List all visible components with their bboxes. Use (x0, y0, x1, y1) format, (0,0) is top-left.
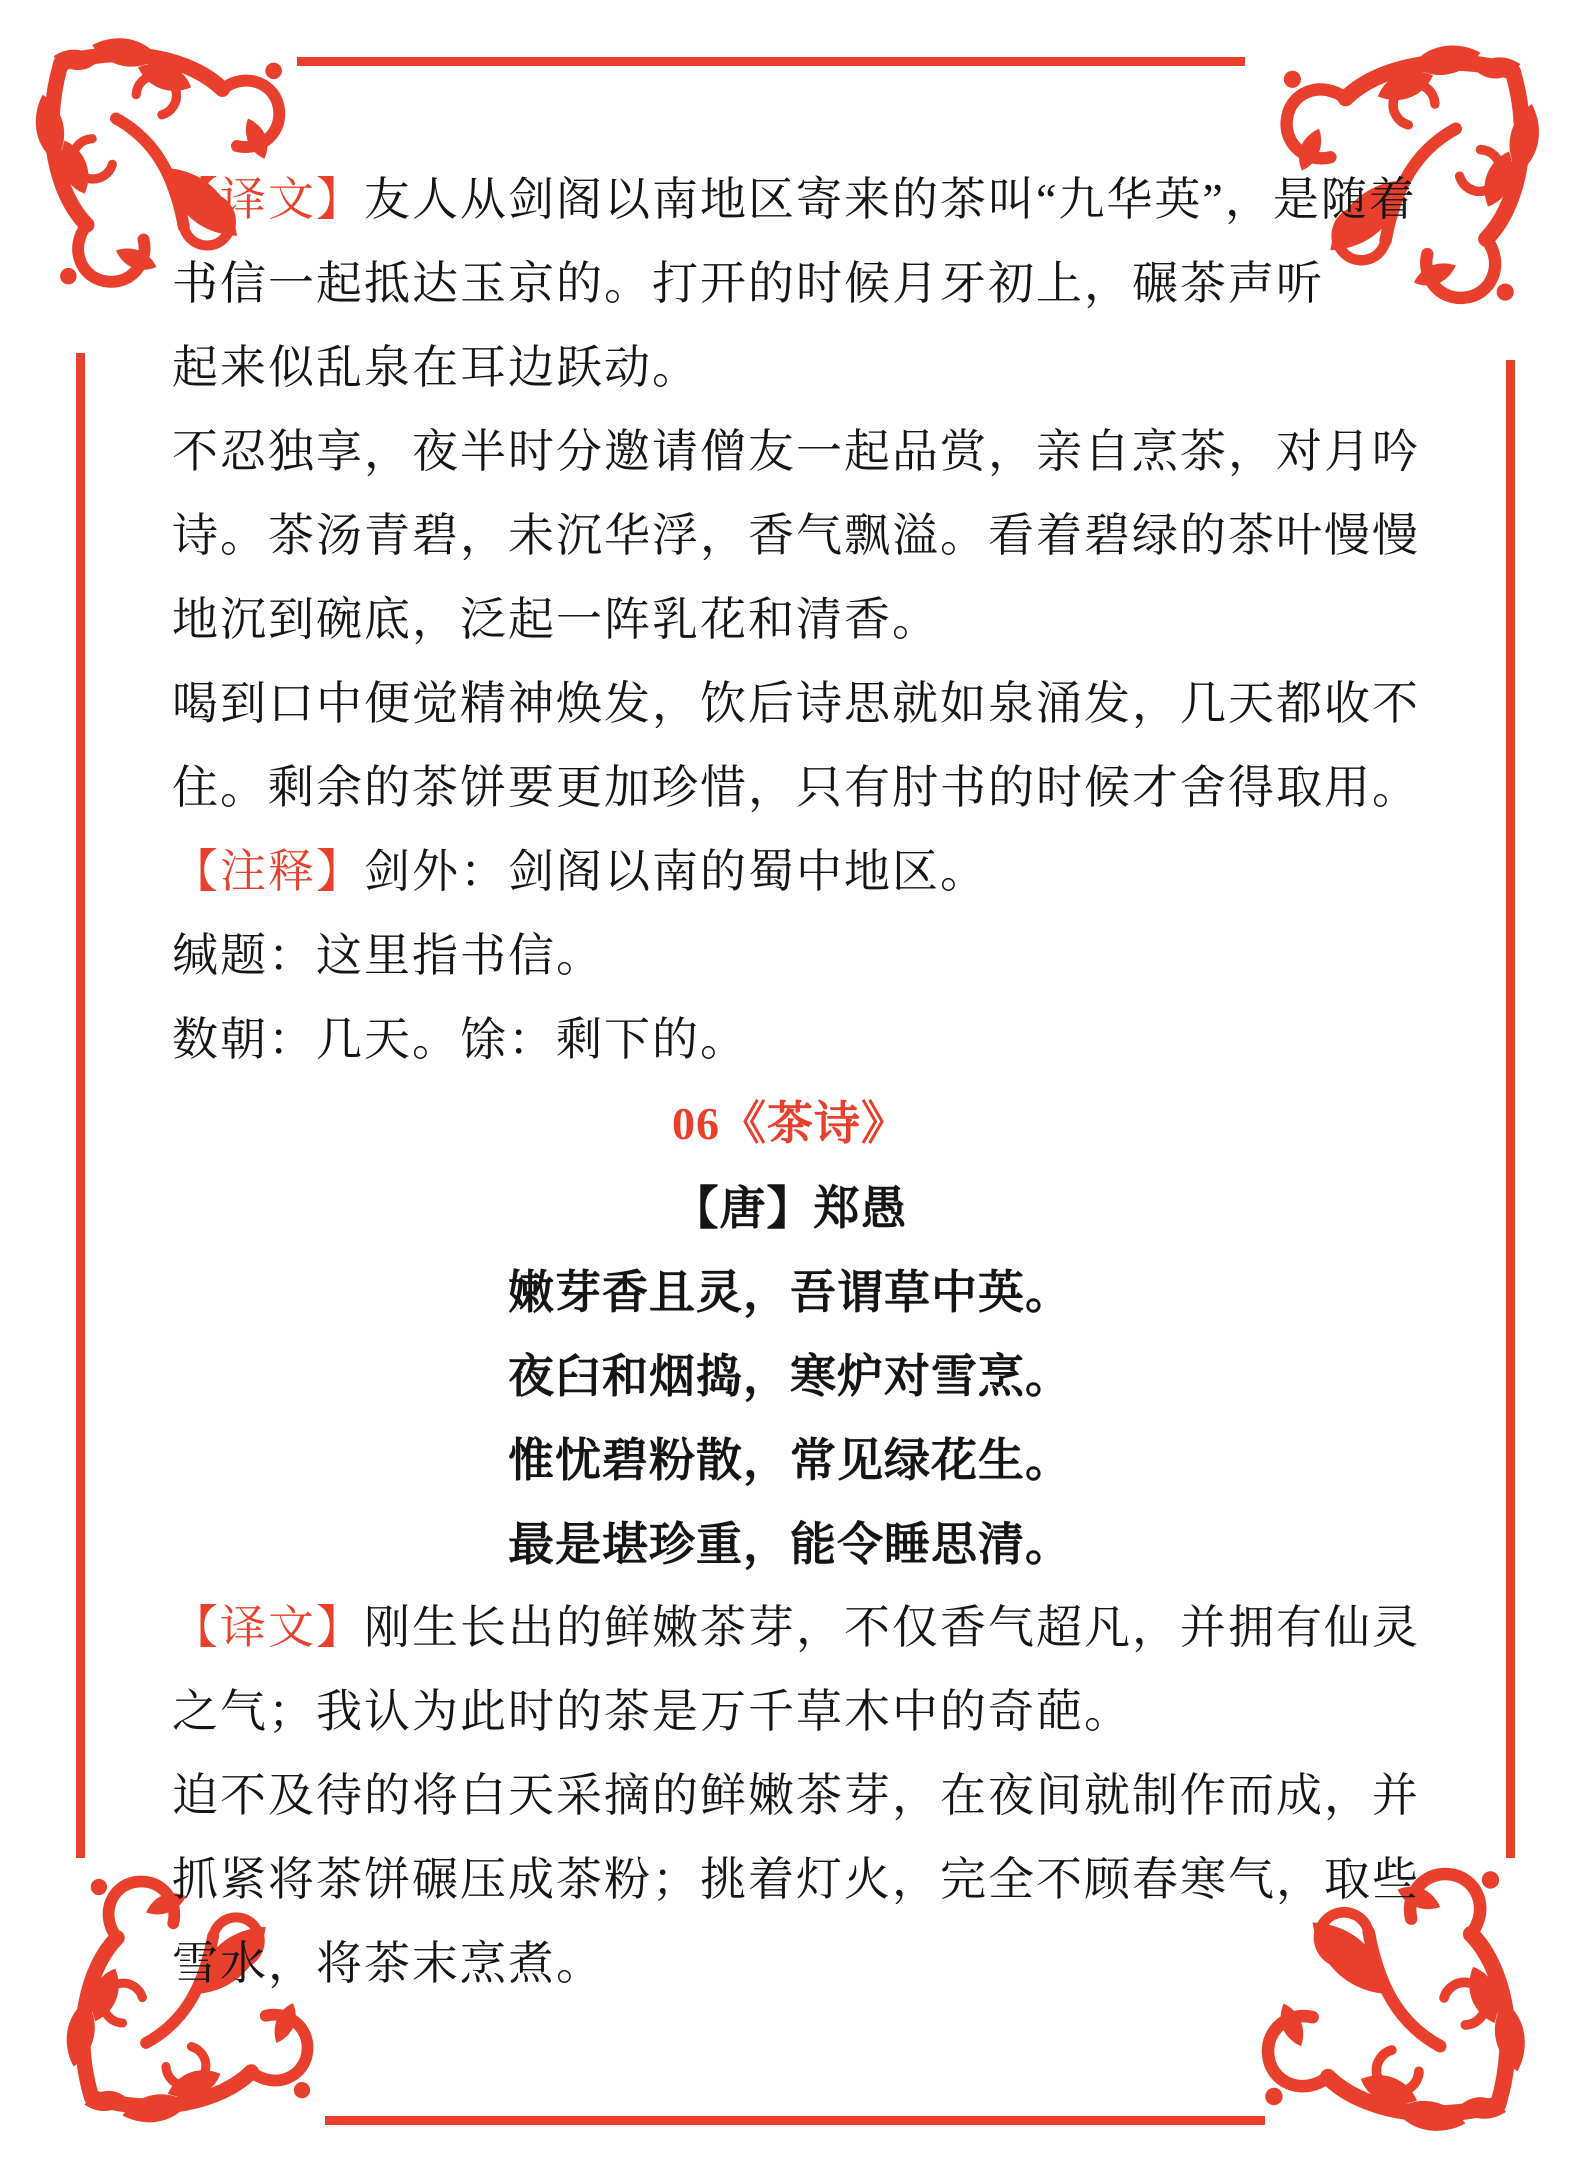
translation-line: 起来似乱泉在耳边跃动。 (172, 326, 1408, 410)
note-line: 数朝：几天。馀：剩下的。 (172, 998, 1408, 1082)
poem-verse: 惟忧碧粉散，常见绿花生。 (172, 1418, 1408, 1502)
notes-label: 【注释】 (172, 846, 364, 897)
translation-line: 抓紧将茶饼碾压成茶粉；挑着灯火，完全不顾春寒气，取些 (172, 1838, 1408, 1922)
border-line-top (297, 57, 1245, 66)
translation-line: 喝到口中便觉精神焕发，饮后诗思就如泉涌发，几天都收不 (172, 662, 1408, 746)
poem-verse: 嫩芽香且灵，吾谓草中英。 (172, 1250, 1408, 1334)
translation-line: 诗。茶汤青碧，未沉华浮，香气飘溢。看着碧绿的茶叶慢慢 (172, 494, 1408, 578)
note-line: 【注释】剑外：剑阁以南的蜀中地区。 (172, 830, 1408, 914)
translation-line: 【译文】刚生长出的鲜嫩茶芽，不仅香气超凡，并拥有仙灵 (172, 1586, 1408, 1670)
border-line-left (76, 353, 85, 1858)
poem-number-title: 06《茶诗》 (172, 1082, 1408, 1166)
note-line: 缄题：这里指书信。 (172, 914, 1408, 998)
border-line-bottom (325, 2116, 1265, 2125)
line-text: 刚生长出的鲜嫩茶芽，不仅香气超凡，并拥有仙灵 (364, 1602, 1420, 1653)
translation-line: 迫不及待的将白天采摘的鲜嫩茶芽，在夜间就制作而成，并 (172, 1754, 1408, 1838)
line-text: 友人从剑阁以南地区寄来的茶叫“九华英”，是随着 (364, 174, 1417, 225)
translation-line: 住。剩余的茶饼要更加珍惜，只有肘书的时候才舍得取用。 (172, 746, 1408, 830)
translation-label: 【译文】 (172, 174, 364, 225)
translation-line: 不忍独享，夜半时分邀请僧友一起品赏，亲自烹茶，对月吟 (172, 410, 1408, 494)
translation-line: 书信一起抵达玉京的。打开的时候月牙初上，碾茶声听 (172, 242, 1408, 326)
poem-verse: 夜臼和烟捣，寒炉对雪烹。 (172, 1334, 1408, 1418)
poem-author: 【唐】郑愚 (172, 1166, 1408, 1250)
document-page: 【译文】友人从剑阁以南地区寄来的茶叫“九华英”，是随着 书信一起抵达玉京的。打开… (0, 0, 1580, 2165)
border-line-right (1506, 360, 1515, 1858)
translation-line: 之气；我认为此时的茶是万千草木中的奇葩。 (172, 1670, 1408, 1754)
translation-line: 地沉到碗底，泛起一阵乳花和清香。 (172, 578, 1408, 662)
translation-label: 【译文】 (172, 1602, 364, 1653)
page-content: 【译文】友人从剑阁以南地区寄来的茶叫“九华英”，是随着 书信一起抵达玉京的。打开… (172, 158, 1408, 2006)
translation-line: 【译文】友人从剑阁以南地区寄来的茶叫“九华英”，是随着 (172, 158, 1408, 242)
translation-line: 雪水，将茶末烹煮。 (172, 1922, 1408, 2006)
poem-verse: 最是堪珍重，能令睡思清。 (172, 1502, 1408, 1586)
line-text: 剑外：剑阁以南的蜀中地区。 (364, 846, 988, 897)
